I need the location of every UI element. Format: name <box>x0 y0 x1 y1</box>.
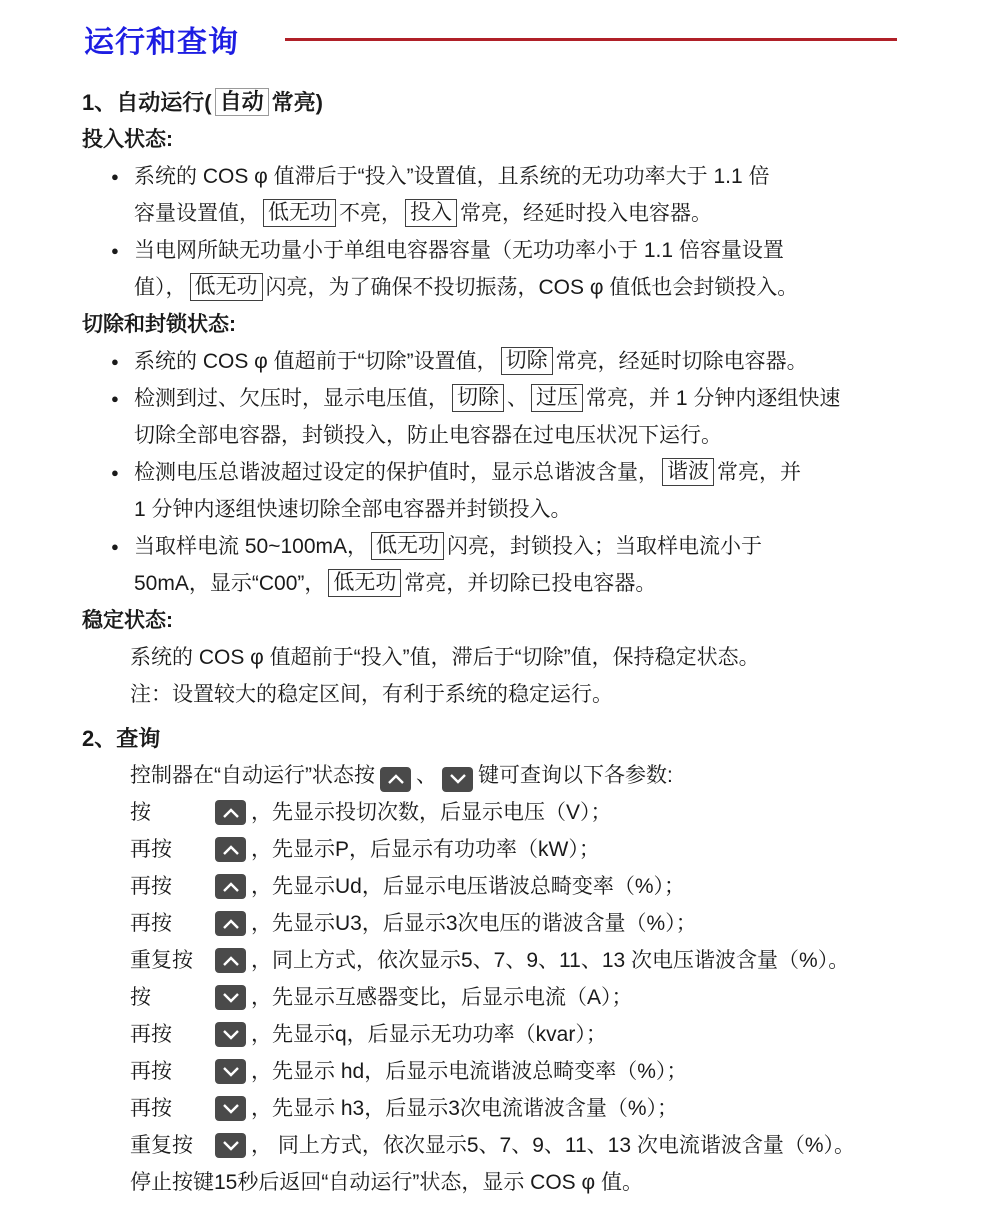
key-press-label: 按 <box>130 794 210 831</box>
sub-heading: 投入状态: <box>82 121 983 158</box>
led-label-box: 低无功 <box>328 569 401 597</box>
text-run: 常亮，并切除已投电容器。 <box>404 572 656 595</box>
body-line: 停止按键15秒后返回“自动运行”状态，显示 COS φ 值。 <box>130 1164 983 1201</box>
bullet-line: ●检测到过、欠压时，显示电压值，切除、过压常亮，并 1 分钟内逐组快速 <box>134 380 983 417</box>
text-run: 检测到过、欠压时，显示电压值， <box>134 387 449 410</box>
led-label-box: 投入 <box>405 199 457 227</box>
down-arrow-key-icon <box>215 1022 246 1047</box>
up-arrow-key-icon <box>215 837 246 862</box>
led-label-box: 切除 <box>501 347 553 375</box>
bullet-dot: ● <box>111 343 119 380</box>
led-label-box: 自动 <box>215 88 269 116</box>
text-run: 50mA，显示“C00”， <box>134 572 325 595</box>
down-arrow-key-icon <box>215 1133 246 1158</box>
sub-heading: 切除和封锁状态: <box>82 306 983 343</box>
key-press-label: 再按 <box>130 868 210 905</box>
up-arrow-key-icon <box>215 911 246 936</box>
text-run: ，先显示q，后显示无功功率（kvar）； <box>251 1016 607 1053</box>
text-run: 控制器在“自动运行”状态按 <box>130 764 375 787</box>
up-arrow-key-icon <box>215 874 246 899</box>
title-row: 运行和查询 <box>0 0 983 64</box>
key-instruction-line: 再按，先显示P，后显示有功功率（kW）； <box>130 831 983 868</box>
text-run: 1、自动运行( <box>82 90 212 115</box>
led-label-box: 低无功 <box>371 532 444 560</box>
page-title: 运行和查询 <box>84 22 239 64</box>
bullet-line: ●当取样电流 50~100mA，低无功闪亮，封锁投入；当取样电流小于 <box>134 528 983 565</box>
down-arrow-key-icon <box>215 1096 246 1121</box>
down-arrow-key-icon <box>442 767 473 792</box>
text-run: 常亮，并 1 分钟内逐组快速 <box>586 387 840 410</box>
key-press-label: 再按 <box>130 1090 210 1127</box>
section-heading: 1、自动运行(自动常亮) <box>82 84 983 121</box>
text-run: 键可查询以下各参数: <box>478 764 673 787</box>
key-instruction-line: 再按，先显示Ud，后显示电压谐波总畸变率（%）； <box>130 868 983 905</box>
text-run: 当电网所缺无功量小于单组电容器容量（无功功率小于 1.1 倍容量设置 <box>134 239 784 262</box>
key-instruction-line: 重复按，同上方式，依次显示5、7、9、11、13 次电压谐波含量（%）。 <box>130 942 983 979</box>
text-run: 常亮，经延时切除电容器。 <box>556 350 808 373</box>
text-run: ，先显示投切次数，后显示电压（V）； <box>251 794 612 831</box>
key-instruction-line: 按，先显示投切次数，后显示电压（V）； <box>130 794 983 831</box>
title-rule <box>285 38 897 41</box>
key-instruction-line: 再按，先显示q，后显示无功功率（kvar）； <box>130 1016 983 1053</box>
text-run: 当取样电流 50~100mA， <box>134 535 368 558</box>
text-run: 闪亮，为了确保不投切振荡，COS φ 值低也会封锁投入。 <box>266 276 799 299</box>
text-run: 切除全部电容器，封锁投入，防止电容器在过电压状况下运行。 <box>134 424 722 447</box>
text-run: 系统的 COS φ 值超前于“切除”设置值， <box>134 350 498 373</box>
key-instruction-line: 再按，先显示 h3，后显示3次电流谐波含量（%）； <box>130 1090 983 1127</box>
bullet-continuation-line: 1 分钟内逐组快速切除全部电容器并封锁投入。 <box>134 491 983 528</box>
down-arrow-key-icon <box>215 985 246 1010</box>
key-instruction-line: 再按，先显示U3，后显示3次电压的谐波含量（%）； <box>130 905 983 942</box>
text-run: 不亮， <box>339 202 402 225</box>
up-arrow-key-icon <box>215 948 246 973</box>
key-press-label: 按 <box>130 979 210 1016</box>
up-arrow-key-icon <box>215 800 246 825</box>
text-run: 、 <box>507 387 528 410</box>
text-run: ，先显示互感器变比，后显示电流（A）； <box>251 979 633 1016</box>
bullet-dot: ● <box>111 454 119 491</box>
key-instruction-line: 再按，先显示 hd，后显示电流谐波总畸变率（%）； <box>130 1053 983 1090</box>
section-heading: 2、查询 <box>82 720 983 757</box>
key-instruction-line: 按，先显示互感器变比，后显示电流（A）； <box>130 979 983 1016</box>
text-run: ，先显示P，后显示有功功率（kW）； <box>251 831 600 868</box>
led-label-box: 低无功 <box>263 199 336 227</box>
text-run: 值）， <box>134 276 187 299</box>
led-label-box: 过压 <box>531 384 583 412</box>
bullet-line: ●检测电压总谐波超过设定的保护值时，显示总谐波含量，谐波常亮，并 <box>134 454 983 491</box>
text-run: 切除和封锁状态: <box>82 313 236 336</box>
text-run: 2、查询 <box>82 726 160 751</box>
key-press-label: 重复按 <box>130 942 210 979</box>
sub-heading: 稳定状态: <box>82 602 983 639</box>
key-instruction-line: 重复按， 同上方式，依次显示5、7、9、11、13 次电流谐波含量（%）。 <box>130 1127 983 1164</box>
bullet-dot: ● <box>111 232 119 269</box>
led-label-box: 谐波 <box>662 458 714 486</box>
led-label-box: 低无功 <box>190 273 263 301</box>
down-arrow-key-icon <box>215 1059 246 1084</box>
doc-content: 1、自动运行(自动常亮)投入状态:●系统的 COS φ 值滞后于“投入”设置值，… <box>0 84 983 1201</box>
text-run: 检测电压总谐波超过设定的保护值时，显示总谐波含量， <box>134 461 659 484</box>
bullet-continuation-line: 值），低无功闪亮，为了确保不投切振荡，COS φ 值低也会封锁投入。 <box>134 269 983 306</box>
text-run: ，先显示Ud，后显示电压谐波总畸变率（%）； <box>251 868 685 905</box>
key-press-label: 再按 <box>130 905 210 942</box>
key-press-label: 再按 <box>130 831 210 868</box>
text-run: ，先显示 h3，后显示3次电流谐波含量（%）； <box>251 1090 678 1127</box>
text-run: 注：设置较大的稳定区间，有利于系统的稳定运行。 <box>130 683 613 706</box>
bullet-continuation-line: 容量设置值，低无功不亮，投入常亮，经延时投入电容器。 <box>134 195 983 232</box>
text-run: 稳定状态: <box>82 609 173 632</box>
text-run: ，同上方式，依次显示5、7、9、11、13 次电压谐波含量（%）。 <box>251 942 849 979</box>
body-line: 注：设置较大的稳定区间，有利于系统的稳定运行。 <box>130 676 983 713</box>
key-press-label: 重复按 <box>130 1127 210 1164</box>
text-run: 闪亮，封锁投入；当取样电流小于 <box>447 535 762 558</box>
text-run: ， 同上方式，依次显示5、7、9、11、13 次电流谐波含量（%）。 <box>251 1127 855 1164</box>
bullet-dot: ● <box>111 158 119 195</box>
text-run: 停止按键15秒后返回“自动运行”状态，显示 COS φ 值。 <box>130 1171 643 1194</box>
up-arrow-key-icon <box>380 767 411 792</box>
text-run: 常亮，并 <box>717 461 801 484</box>
key-press-label: 再按 <box>130 1053 210 1090</box>
bullet-line: ●当电网所缺无功量小于单组电容器容量（无功功率小于 1.1 倍容量设置 <box>134 232 983 269</box>
bullet-line: ●系统的 COS φ 值滞后于“投入”设置值，且系统的无功功率大于 1.1 倍 <box>134 158 983 195</box>
text-run: ，先显示U3，后显示3次电压的谐波含量（%）； <box>251 905 697 942</box>
text-run: 系统的 COS φ 值超前于“投入”值，滞后于“切除”值，保持稳定状态。 <box>130 646 760 669</box>
text-run: 1 分钟内逐组快速切除全部电容器并封锁投入。 <box>134 498 572 521</box>
body-line: 系统的 COS φ 值超前于“投入”值，滞后于“切除”值，保持稳定状态。 <box>130 639 983 676</box>
bullet-dot: ● <box>111 380 119 417</box>
bullet-line: ●系统的 COS φ 值超前于“切除”设置值，切除常亮，经延时切除电容器。 <box>134 343 983 380</box>
bullet-continuation-line: 50mA，显示“C00”，低无功常亮，并切除已投电容器。 <box>134 565 983 602</box>
bullet-continuation-line: 切除全部电容器，封锁投入，防止电容器在过电压状况下运行。 <box>134 417 983 454</box>
text-run: ，先显示 hd，后显示电流谐波总畸变率（%）； <box>251 1053 687 1090</box>
text-run: 常亮，经延时投入电容器。 <box>460 202 712 225</box>
text-run: 容量设置值， <box>134 202 260 225</box>
bullet-dot: ● <box>111 528 119 565</box>
text-run: 、 <box>416 764 437 787</box>
body-line: 控制器在“自动运行”状态按、键可查询以下各参数: <box>130 757 983 794</box>
text-run: 常亮) <box>272 90 323 115</box>
key-press-label: 再按 <box>130 1016 210 1053</box>
text-run: 投入状态: <box>82 128 173 151</box>
text-run: 系统的 COS φ 值滞后于“投入”设置值，且系统的无功功率大于 1.1 倍 <box>134 165 769 188</box>
led-label-box: 切除 <box>452 384 504 412</box>
